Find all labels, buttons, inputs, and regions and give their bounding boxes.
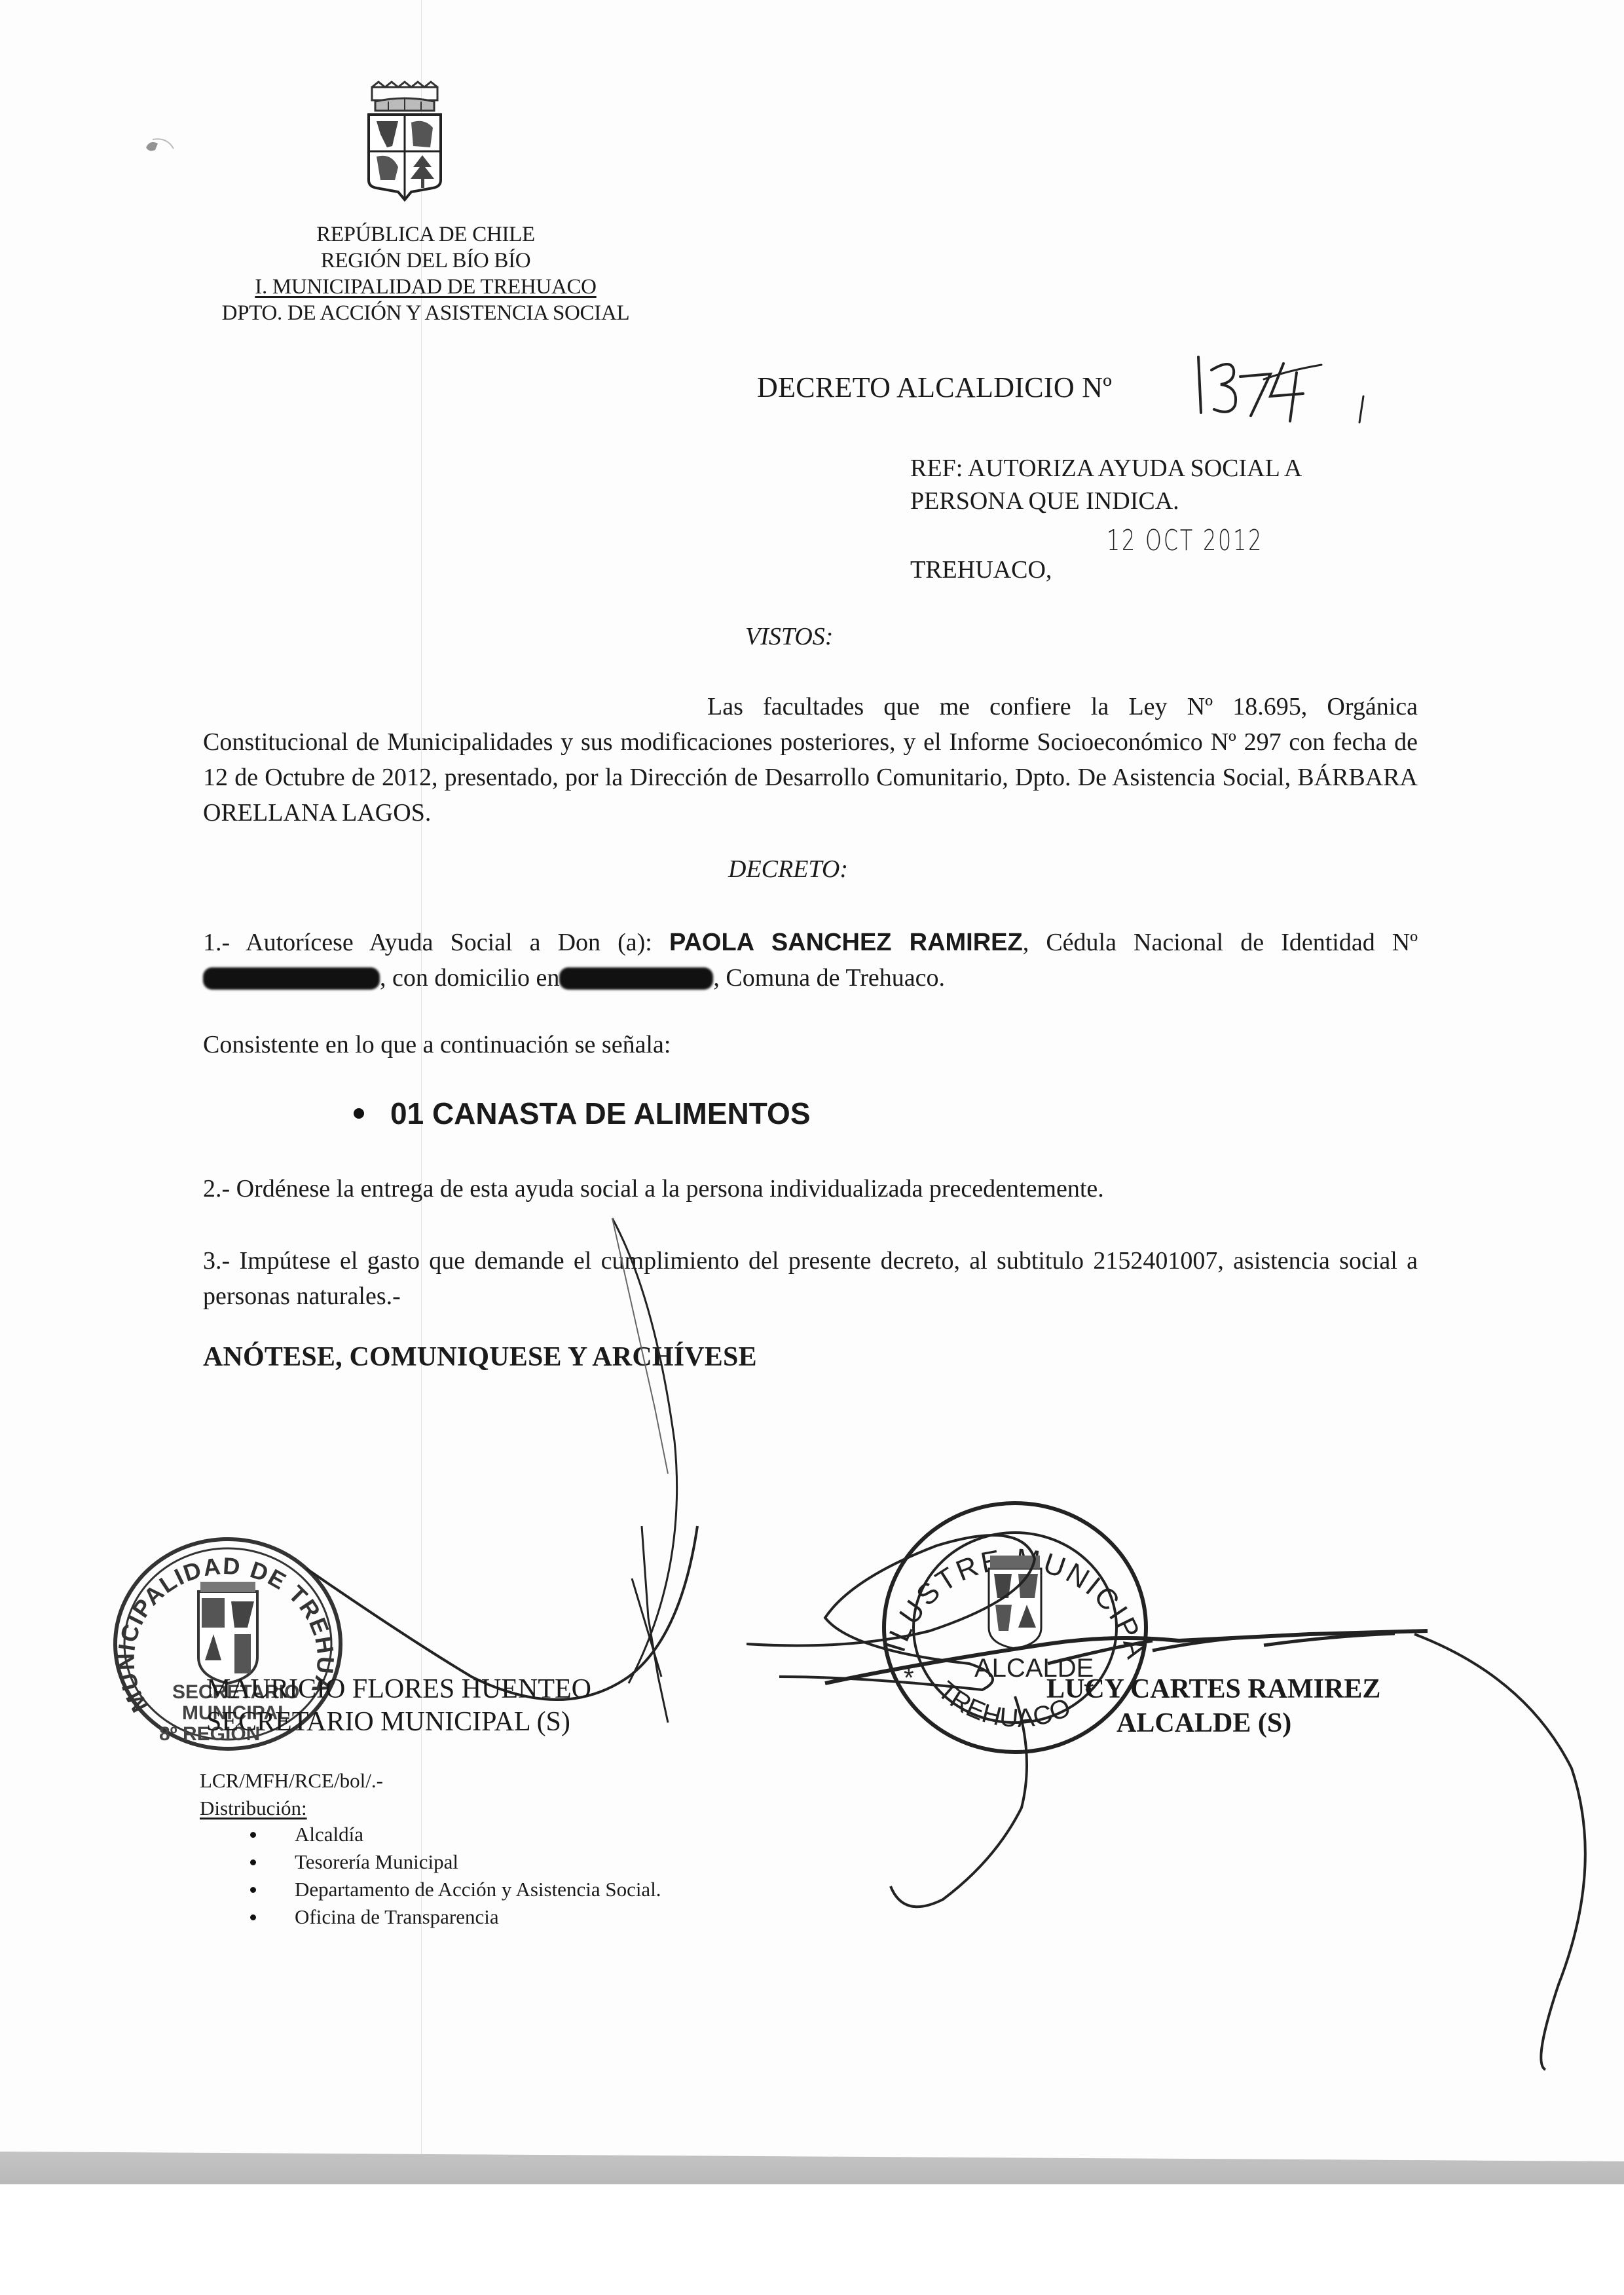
distribution-label: Distribución: — [200, 1795, 307, 1822]
initials-reference: LCR/MFH/RCE/bol/.- — [200, 1767, 383, 1795]
document-page: REPÚBLICA DE CHILE REGIÓN DEL BÍO BÍO I.… — [0, 0, 1624, 2295]
distribution-list: Alcaldía Tesorería Municipal Departament… — [242, 1821, 661, 1931]
mayor-name: LUCY CARTES RAMIREZ — [1046, 1673, 1380, 1705]
distribution-item: Departamento de Acción y Asistencia Soci… — [242, 1876, 661, 1903]
mayor-role: ALCALDE (S) — [1116, 1707, 1291, 1739]
mayor-signature — [0, 0, 1624, 2295]
scan-margin — [0, 2184, 1624, 2295]
distribution-item: Tesorería Municipal — [242, 1848, 661, 1876]
distribution-item: Alcaldía — [242, 1821, 661, 1848]
distribution-item: Oficina de Transparencia — [242, 1903, 661, 1931]
